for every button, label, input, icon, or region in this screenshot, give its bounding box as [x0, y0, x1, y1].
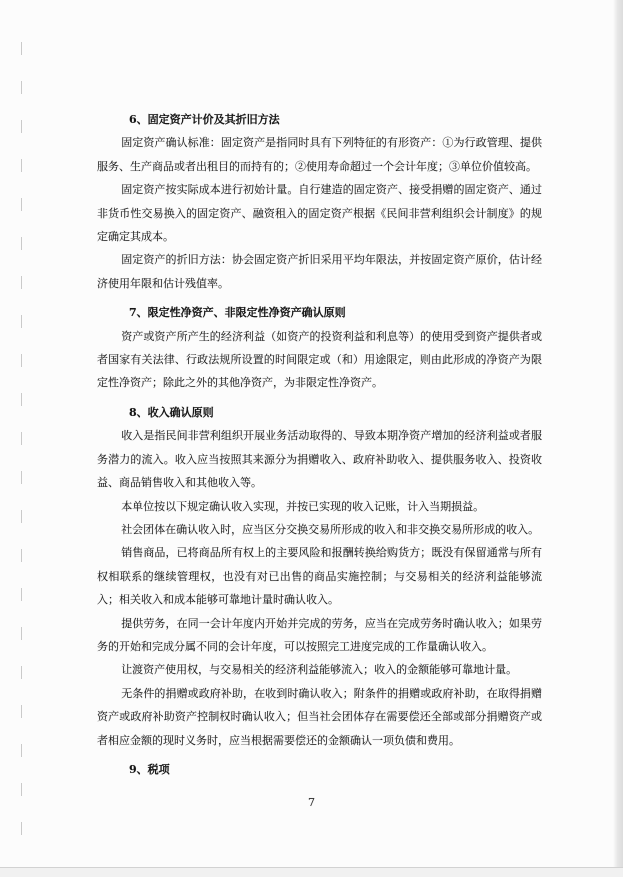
document-section: 6、固定资产计价及其折旧方法固定资产确认标准：固定资产是指同时具有下列特征的有形…: [97, 108, 542, 295]
paragraph: 本单位按以下规定确认收入实现，并按已实现的收入记账，计入当期损益。: [97, 495, 542, 518]
paragraph: 固定资产按实际成本进行初始计量。自行建造的固定资产、接受捐赠的固定资产、通过非货…: [97, 178, 542, 248]
document-content: 6、固定资产计价及其折旧方法固定资产确认标准：固定资产是指同时具有下列特征的有形…: [97, 108, 542, 781]
paragraph: 提供劳务，在同一会计年度内开始并完成的劳务，应当在完成劳务时确认收入；如果劳务的…: [97, 612, 542, 659]
paragraph: 资产或资产所产生的经济利益（如资产的投资利益和利息等）的使用受到资产提供者或者国…: [97, 325, 542, 395]
paragraph: 固定资产的折旧方法：协会固定资产折旧采用平均年限法，并按固定资产原价，估计经济使…: [97, 248, 542, 295]
page-number: 7: [0, 796, 623, 809]
paragraph: 固定资产确认标准：固定资产是指同时具有下列特征的有形资产：①为行政管理、提供服务…: [97, 131, 542, 178]
document-section: 9、税项: [97, 758, 542, 781]
document-section: 7、限定性净资产、非限定性净资产确认原则资产或资产所产生的经济利益（如资产的投资…: [97, 301, 542, 395]
section-heading: 8、收入确认原则: [97, 401, 542, 424]
section-heading: 7、限定性净资产、非限定性净资产确认原则: [97, 301, 542, 324]
scan-edge-bottom: [0, 867, 623, 877]
paragraph: 无条件的捐赠或政府补助，在收到时确认收入；附条件的捐赠或政府补助，在取得捐赠资产…: [97, 682, 542, 752]
section-heading: 9、税项: [97, 758, 542, 781]
left-fold-perforation-line: [21, 42, 22, 852]
paragraph: 销售商品，已将商品所有权上的主要风险和报酬转换给购货方；既没有保留通常与所有权相…: [97, 541, 542, 611]
paragraph: 社会团体在确认收入时，应当区分交换交易所形成的收入和非交换交易所形成的收入。: [97, 518, 542, 541]
paragraph: 收入是指民间非营利组织开展业务活动取得的、导致本期净资产增加的经济利益或者服务潜…: [97, 424, 542, 494]
scanned-document-page: 6、固定资产计价及其折旧方法固定资产确认标准：固定资产是指同时具有下列特征的有形…: [0, 0, 623, 877]
section-heading: 6、固定资产计价及其折旧方法: [97, 108, 542, 131]
paragraph: 让渡资产使用权，与交易相关的经济利益能够流入；收入的金额能够可靠地计量。: [97, 658, 542, 681]
document-section: 8、收入确认原则收入是指民间非营利组织开展业务活动取得的、导致本期净资产增加的经…: [97, 401, 542, 752]
scan-edge-right: [613, 0, 623, 877]
